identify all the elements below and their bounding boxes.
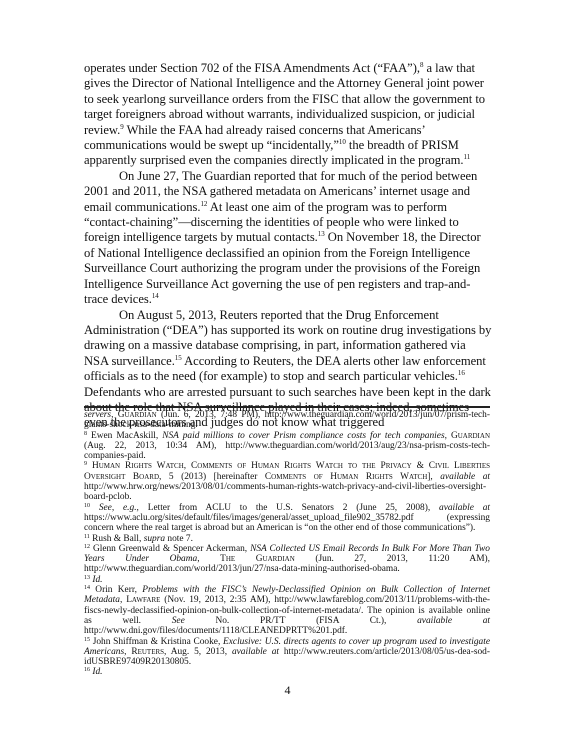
text-run: http://www.hrw.org/news/2013/08/01/comme…	[84, 482, 486, 502]
text-run: Glenn Greenwald & Spencer Ackerman,	[90, 544, 250, 554]
text-run: https://www.aclu.org/sites/default/files…	[84, 513, 490, 533]
footnote-separator	[84, 406, 490, 408]
text-run: Ewen MacAskill,	[87, 431, 162, 441]
footnote: servers, Guardian (Jun. 6, 2013, 7:48 PM…	[84, 410, 490, 431]
footnote: 16 Id.	[84, 667, 490, 677]
footnote-reference[interactable]: 15	[175, 354, 182, 362]
footnote-reference[interactable]: 13	[318, 230, 325, 238]
italic-text: supra	[144, 534, 165, 544]
footnote: 13 Id.	[84, 575, 490, 585]
small-caps-text: Guardian	[118, 410, 157, 420]
footnote: 8 Ewen MacAskill, NSA paid millions to c…	[84, 431, 490, 462]
italic-text: See	[172, 616, 185, 626]
body-paragraph: operates under Section 702 of the FISA A…	[84, 61, 492, 169]
text-run: , 5 (2013) [hereinafter	[159, 472, 265, 482]
italic-text: available at	[417, 616, 490, 626]
italic-text: servers	[84, 410, 111, 420]
italic-text: available at	[440, 472, 490, 482]
footnote: 10 See, e.g., Letter from ACLU to the U.…	[84, 503, 490, 534]
italic-text: available at	[439, 503, 490, 513]
text-run: http://www.dni.gov/files/documents/1118/…	[84, 626, 347, 636]
text-run: John Shiffman & Kristina Cooke,	[90, 637, 223, 647]
body-text: operates under Section 702 of the FISA A…	[84, 61, 492, 431]
footnote-reference[interactable]: 11	[464, 153, 471, 161]
text-run: No. PR/TT (FISA Ct.),	[185, 616, 417, 626]
small-caps-text: Comments of Human Rights Watch	[265, 472, 427, 482]
italic-text: See, e.g.	[99, 503, 137, 513]
text-run: ,	[111, 410, 118, 420]
page-number: 4	[0, 683, 575, 698]
text-run: (Aug. 22, 2013, 10:34 AM), http://www.th…	[84, 441, 490, 461]
text-run: Rush & Ball,	[90, 534, 144, 544]
footnote: 9 Human Rights Watch, Comments of Human …	[84, 461, 490, 502]
text-run: note 7.	[165, 534, 193, 544]
footnotes: servers, Guardian (Jun. 6, 2013, 7:48 PM…	[84, 410, 490, 678]
italic-text: available at	[232, 647, 279, 657]
text-run: ,	[197, 554, 220, 564]
text-run: , Aug. 5, 2013,	[164, 647, 232, 657]
italic-text: Id.	[92, 667, 102, 677]
italic-text: NSA paid millions to cover Prism complia…	[162, 431, 444, 441]
small-caps-text: Guardian	[451, 431, 490, 441]
text-run: operates under Section 702 of the FISA A…	[84, 61, 420, 75]
small-caps-text: The Guardian	[220, 554, 295, 564]
body-paragraph: On June 27, The Guardian reported that f…	[84, 169, 492, 308]
document-page: operates under Section 702 of the FISA A…	[0, 0, 575, 744]
text-run: , Letter from ACLU to the U.S. Senators …	[137, 503, 439, 513]
text-run	[90, 503, 99, 513]
footnote: 14 Orin Kerr, Problems with the FISC’s N…	[84, 585, 490, 636]
text-run: ],	[427, 472, 440, 482]
footnote-reference[interactable]: 10	[339, 138, 346, 146]
footnote: 11 Rush & Ball, supra note 7.	[84, 534, 490, 544]
small-caps-text: Reuters	[131, 647, 164, 657]
small-caps-text: Lawfare	[126, 595, 160, 605]
italic-text: Id.	[92, 575, 102, 585]
footnote: 15 John Shiffman & Kristina Cooke, Exclu…	[84, 637, 490, 668]
footnote-reference[interactable]: 16	[458, 369, 465, 377]
footnote-reference[interactable]: 14	[152, 292, 159, 300]
footnote: 12 Glenn Greenwald & Spencer Ackerman, N…	[84, 544, 490, 575]
text-run: Orin Kerr,	[90, 585, 142, 595]
